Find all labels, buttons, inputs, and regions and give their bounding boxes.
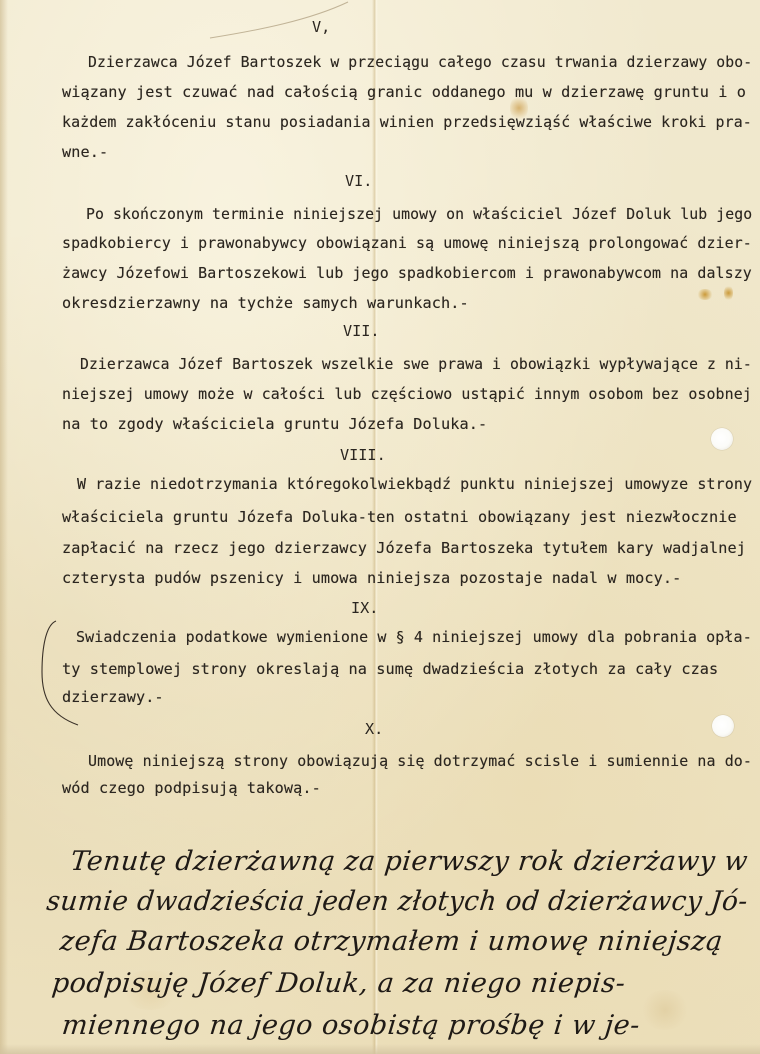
text-line: każdem zakłóceniu stanu posiadania winie…: [62, 115, 752, 130]
text-line: Swiadczenia podatkowe wymienione w § 4 n…: [76, 630, 752, 645]
section-heading: VII.: [343, 324, 380, 339]
text-line: zapłacić na rzecz jego dzierzawcy Józefa…: [62, 541, 746, 556]
text-line: okresdzierzawny na tychże samych warunka…: [62, 296, 469, 311]
document-page: V, Dzierzawca Józef Bartoszek w przeciąg…: [0, 0, 760, 1054]
text-line: W razie niedotrzymania któregokolwiekbąd…: [77, 477, 752, 492]
text-line: niejszej umowy może w całości lub części…: [62, 387, 752, 402]
text-line: na to zgody właściciela gruntu Józefa Do…: [62, 417, 487, 432]
punch-hole: [711, 428, 733, 450]
paper-edge: [0, 0, 8, 1054]
handwritten-line: Tenutę dzierżawną za pierwszy rok dzierż…: [69, 848, 749, 875]
stain-spot: [640, 990, 690, 1030]
text-line: Umowę niniejszą strony obowiązują się do…: [88, 754, 752, 769]
text-line: wiązany jest czuwać nad całością granic …: [62, 85, 746, 100]
punch-hole: [712, 715, 734, 737]
text-line: żawcy Józefowi Bartoszekowi lub jego spa…: [62, 266, 752, 281]
handwritten-line: podpisuję Józef Doluk, a za niego niepis…: [51, 970, 627, 997]
handwritten-line: miennego na jego osobistą prośbę i w je-: [61, 1012, 642, 1039]
text-line: Dzierzawca Józef Bartoszek wszelkie swe …: [80, 357, 752, 372]
handwritten-line: zefa Bartoszeka otrzymałem i umowę ninie…: [59, 928, 725, 955]
section-heading: VI.: [345, 174, 372, 189]
section-heading: IX.: [351, 601, 378, 616]
paper-edge: [0, 1044, 760, 1054]
text-line: wód czego podpisują takową.-: [62, 781, 321, 796]
text-line: spadkobiercy i prawonabywcy obowiązani s…: [62, 236, 752, 251]
stain-spot: [724, 285, 733, 301]
text-line: Po skończonym terminie niniejszej umowy …: [86, 207, 752, 222]
text-line: ty stemplowej strony okreslają na sumę d…: [62, 662, 718, 677]
section-heading: V,: [312, 20, 330, 35]
section-heading: VIII.: [340, 448, 386, 463]
text-line: dzierzawy.-: [62, 690, 164, 705]
text-line: czterysta pudów pszenicy i umowa niniejs…: [62, 571, 681, 586]
section-heading: X.: [365, 722, 383, 737]
text-line: właściciela gruntu Józefa Doluka-ten ost…: [62, 510, 737, 525]
stain-spot: [697, 289, 713, 300]
text-line: Dzierzawca Józef Bartoszek w przeciągu c…: [88, 55, 752, 70]
handwritten-line: sumie dwadzieścia jeden złotych od dzier…: [45, 888, 749, 915]
text-line: wne.-: [62, 145, 108, 160]
